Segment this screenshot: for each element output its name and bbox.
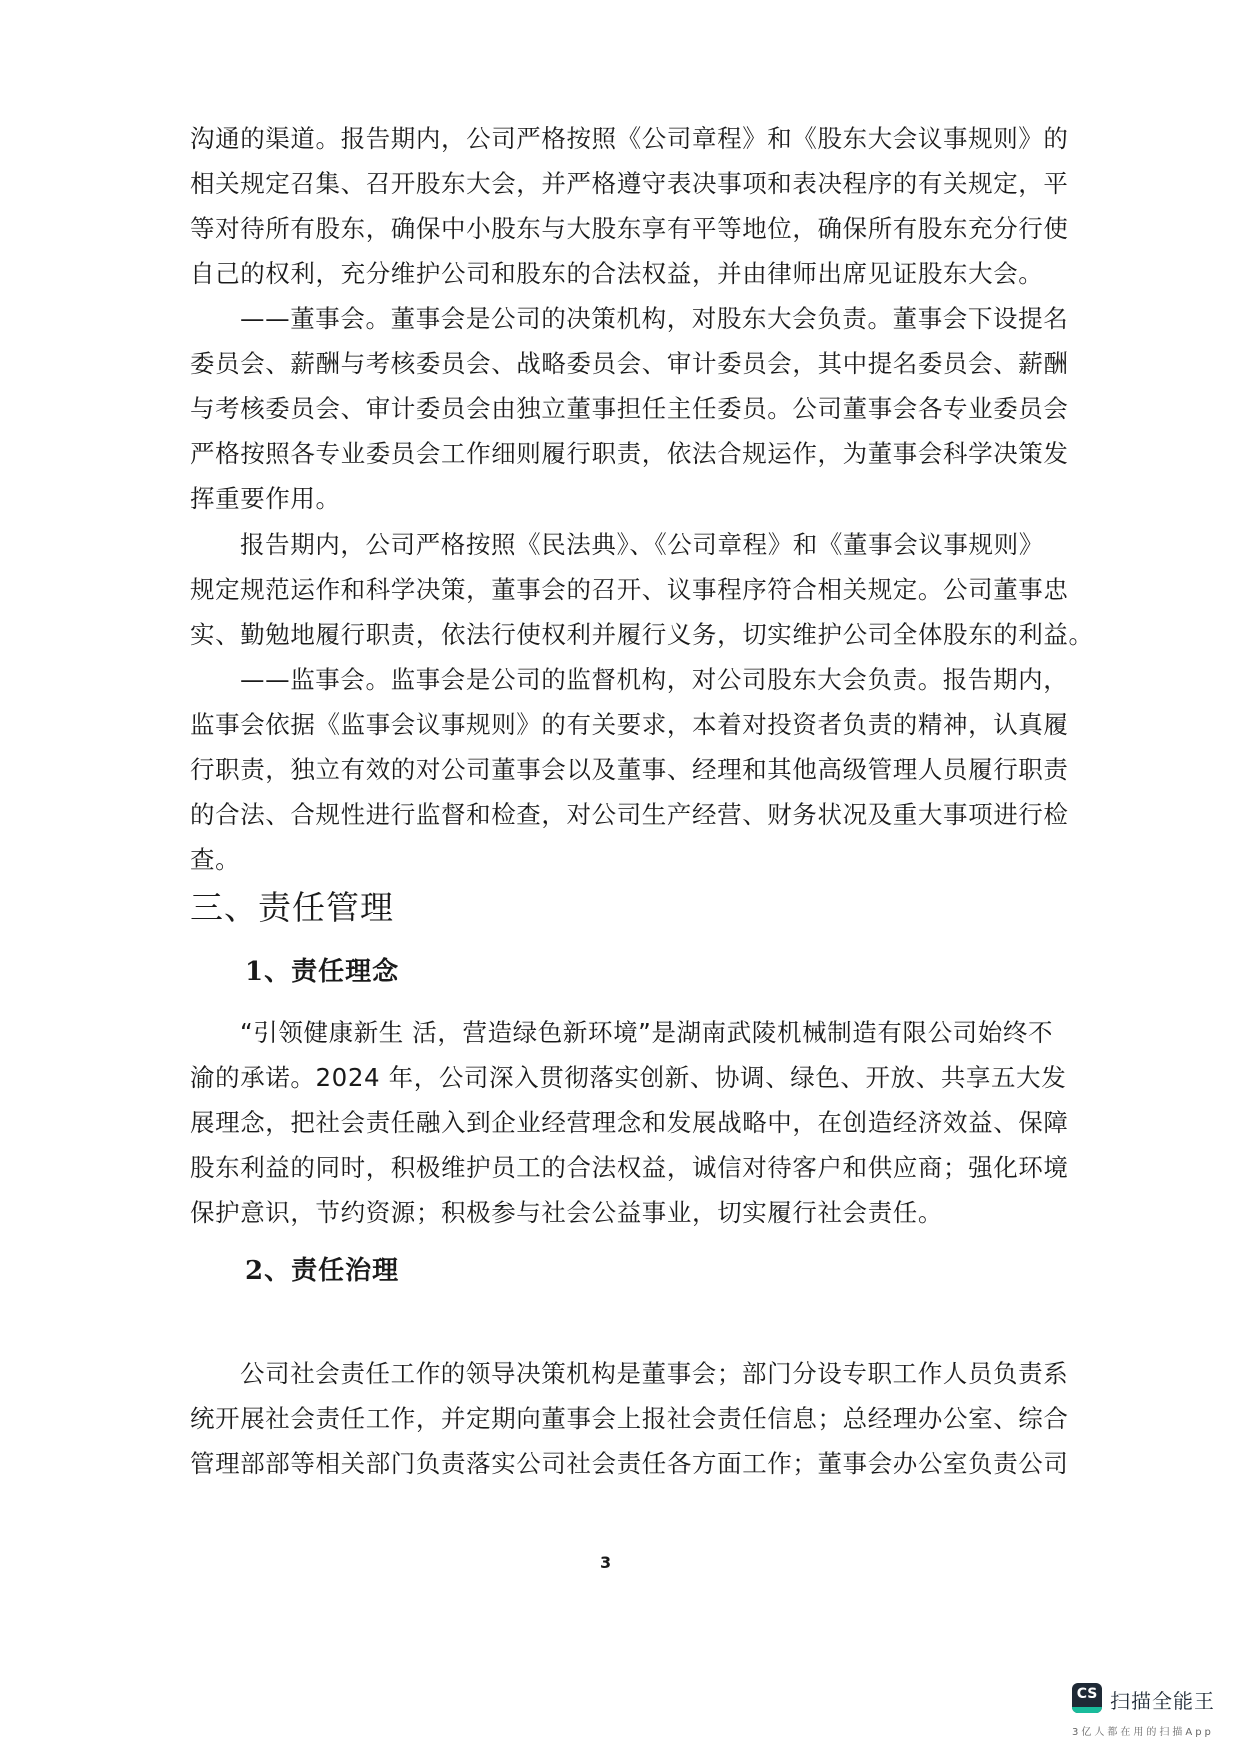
subsection-heading-2: 2、责任治理 [245,1254,399,1288]
camscanner-logo-icon: CS [1072,1683,1102,1713]
text-line: 委员会、薪酬与考核委员会、战略委员会、审计委员会，其中提名委员会、薪酬 [190,347,1069,381]
text-line: 展理念，把社会责任融入到企业经营理念和发展战略中，在创造经济效益、保障 [190,1106,1069,1140]
text-line: 规定规范运作和科学决策，董事会的召开、议事程序符合相关规定。公司董事忠 [190,573,1069,607]
text-line: 挥重要作用。 [190,482,341,516]
text-line: 股东利益的同时，积极维护员工的合法权益，诚信对待客户和供应商；强化环境 [190,1151,1069,1185]
text-line: 统开展社会责任工作，并定期向董事会上报社会责任信息；总经理办公室、综合 [190,1402,1069,1436]
text-line: ——监事会。监事会是公司的监督机构，对公司股东大会负责。报告期内， [190,663,1068,697]
section-heading: 三、责任管理 [190,888,394,928]
watermark-subtitle: 3亿人都在用的扫描App [1072,1723,1214,1738]
text-line: 等对待所有股东，确保中小股东与大股东享有平等地位，确保所有股东充分行使 [190,212,1069,246]
subsection-heading-1: 1、责任理念 [245,955,399,989]
page-number: 3 [600,1553,611,1572]
text-line: “引领健康新生 活，营造绿色新环境”是湖南武陵机械制造有限公司始终不 [190,1016,1053,1050]
text-line: 保护意识，节约资源；积极参与社会公益事业，切实履行社会责任。 [190,1196,943,1230]
text-line: 监事会依据《监事会议事规则》的有关要求，本着对投资者负责的精神，认真履 [190,708,1069,742]
logo-accent-bar [1072,1707,1102,1713]
logo-text: CS [1072,1686,1102,1702]
text-line: ——董事会。董事会是公司的决策机构，对股东大会负责。董事会下设提名 [190,302,1068,336]
watermark-title: 扫描全能王 [1110,1685,1215,1714]
text-line: 查。 [190,843,240,877]
text-line: 公司社会责任工作的领导决策机构是董事会；部门分设专职工作人员负责系 [190,1357,1068,1391]
document-page: 沟通的渠道。报告期内，公司严格按照《公司章程》和《股东大会议事规则》的 相关规定… [0,0,1240,1755]
text-line: 沟通的渠道。报告期内，公司严格按照《公司章程》和《股东大会议事规则》的 [190,122,1069,156]
text-line: 自己的权利，充分维护公司和股东的合法权益，并由律师出席见证股东大会。 [190,257,1043,291]
text-line: 报告期内，公司严格按照《民法典》、《公司章程》和《董事会议事规则》 [190,528,1044,562]
text-line: 行职责，独立有效的对公司董事会以及董事、经理和其他高级管理人员履行职责 [190,753,1069,787]
text-line: 严格按照各专业委员会工作细则履行职责，依法合规运作，为董事会科学决策发 [190,437,1069,471]
text-line: 管理部部等相关部门负责落实公司社会责任各方面工作；董事会办公室负责公司 [190,1447,1069,1481]
text-line: 的合法、合规性进行监督和检查，对公司生产经营、财务状况及重大事项进行检 [190,798,1069,832]
text-line: 实、勤勉地履行职责，依法行使权利并履行义务，切实维护公司全体股东的利益。 [190,618,1094,652]
text-line: 渝的承诺。2024 年，公司深入贯彻落实创新、协调、绿色、开放、共享五大发 [190,1061,1066,1095]
text-line: 与考核委员会、审计委员会由独立董事担任主任委员。公司董事会各专业委员会 [190,392,1069,426]
scanner-watermark: CS 扫描全能王 3亿人都在用的扫描App [1072,1683,1237,1745]
text-line: 相关规定召集、召开股东大会，并严格遵守表决事项和表决程序的有关规定，平 [190,167,1069,201]
